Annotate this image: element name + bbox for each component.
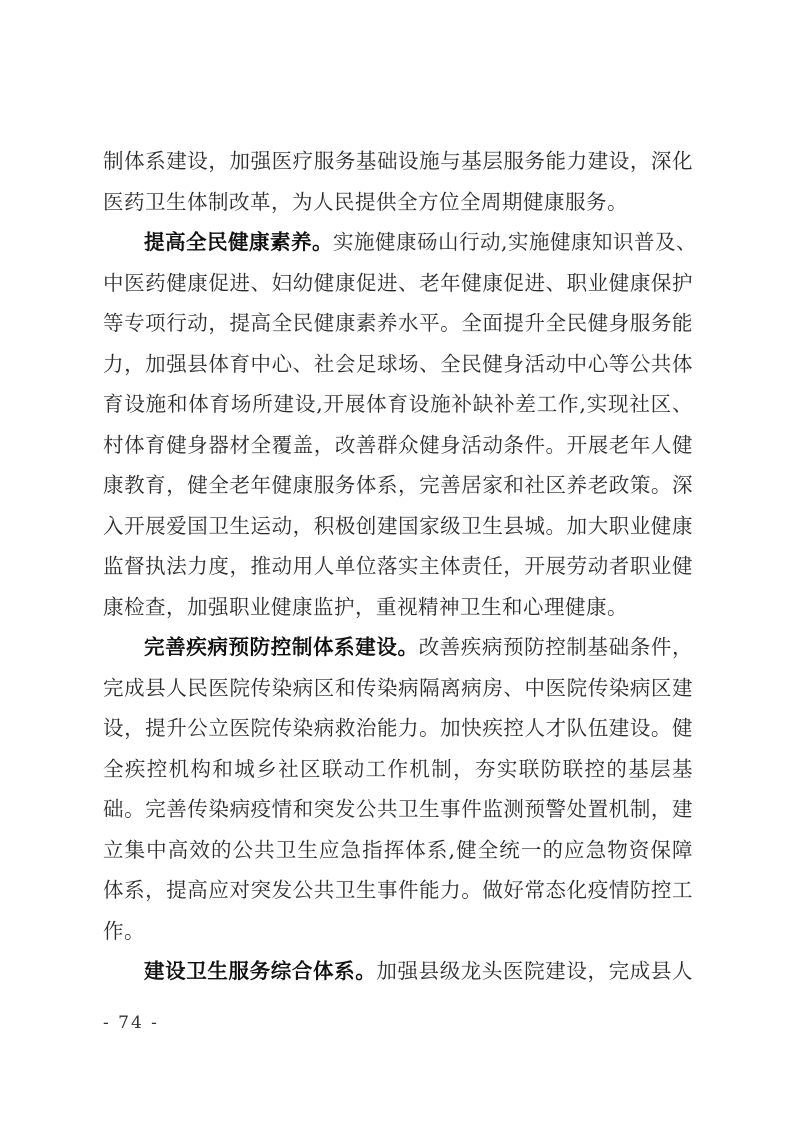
line-text: 康检查，加强职业健康监护，重视精神卫生和心理健康。 [103, 595, 628, 619]
document-page: 制体系建设，加强医疗服务基础设施与基层服务能力建设，深化医药卫生体制改革，为人民… [0, 0, 793, 1122]
line-text: 中医药健康促进、妇幼健康促进、老年健康促进、职业健康保护 [103, 271, 693, 295]
line-text: 作。 [103, 919, 145, 943]
line-text: 村体育健身器材全覆盖，改善群众健身活动条件。开展老年人健 [103, 433, 693, 457]
line-text: 入开展爱国卫生运动，积极创建国家级卫生县城。加大职业健康 [103, 514, 693, 538]
text-line: 育设施和体育场所建设,开展体育设施补缺补差工作,实现社区、 [103, 384, 693, 425]
text-line: 康检查，加强职业健康监护，重视精神卫生和心理健康。 [103, 587, 693, 628]
line-text: 完成县人民医院传染病区和传染病隔离病房、中医院传染病区建 [103, 676, 693, 700]
page-number: - 74 - [103, 1010, 159, 1036]
line-text: 力，加强县体育中心、社会足球场、全民健身活动中心等公共体 [103, 352, 693, 376]
line-text: 等专项行动，提高全民健康素养水平。全面提升全民健身服务能 [103, 311, 693, 335]
text-line: 设，提升公立医院传染病救治能力。加快疾控人才队伍建设。健 [103, 708, 693, 749]
text-line: 中医药健康促进、妇幼健康促进、老年健康促进、职业健康保护 [103, 263, 693, 304]
text-line: 立集中高效的公共卫生应急指挥体系,健全统一的应急物资保障 [103, 830, 693, 871]
text-line: 康教育，健全老年健康服务体系，完善居家和社区养老政策。深 [103, 465, 693, 506]
paragraph-lead: 建设卫生服务综合体系。 [144, 959, 376, 983]
line-text: 监督执法力度，推动用人单位落实主体责任，开展劳动者职业健 [103, 554, 693, 578]
text-line: 建设卫生服务综合体系。加强县级龙头医院建设，完成县人 [103, 951, 693, 992]
line-text: 立集中高效的公共卫生应急指挥体系,健全统一的应急物资保障 [103, 838, 693, 862]
text-line: 体系，提高应对突发公共卫生事件能力。做好常态化疫情防控工 [103, 870, 693, 911]
line-text: 设，提升公立医院传染病救治能力。加快疾控人才队伍建设。健 [103, 716, 693, 740]
text-block: 制体系建设，加强医疗服务基础设施与基层服务能力建设，深化医药卫生体制改革，为人民… [103, 141, 693, 992]
line-text: 体系，提高应对突发公共卫生事件能力。做好常态化疫情防控工 [103, 878, 693, 902]
line-text: 医药卫生体制改革，为人民提供全方位全周期健康服务。 [103, 190, 628, 214]
text-line: 完成县人民医院传染病区和传染病隔离病房、中医院传染病区建 [103, 668, 693, 709]
text-line: 等专项行动，提高全民健康素养水平。全面提升全民健身服务能 [103, 303, 693, 344]
line-text: 础。完善传染病疫情和突发公共卫生事件监测预警处置机制，建 [103, 797, 693, 821]
line-text: 育设施和体育场所建设,开展体育设施补缺补差工作,实现社区、 [103, 392, 693, 416]
paragraph-lead: 提高全民健康素养。 [144, 230, 333, 254]
text-line: 力，加强县体育中心、社会足球场、全民健身活动中心等公共体 [103, 344, 693, 385]
text-line: 作。 [103, 911, 693, 952]
text-line: 制体系建设，加强医疗服务基础设施与基层服务能力建设，深化 [103, 141, 693, 182]
text-line: 完善疾病预防控制体系建设。改善疾病预防控制基础条件， [103, 627, 693, 668]
text-line: 提高全民健康素养。实施健康砀山行动,实施健康知识普及、 [103, 222, 693, 263]
line-text: 制体系建设，加强医疗服务基础设施与基层服务能力建设，深化 [103, 149, 693, 173]
text-line: 全疾控机构和城乡社区联动工作机制，夯实联防联控的基层基 [103, 749, 693, 790]
line-text: 全疾控机构和城乡社区联动工作机制，夯实联防联控的基层基 [103, 757, 693, 781]
line-text: 实施健康砀山行动,实施健康知识普及、 [333, 230, 693, 254]
text-line: 村体育健身器材全覆盖，改善群众健身活动条件。开展老年人健 [103, 425, 693, 466]
text-line: 入开展爱国卫生运动，积极创建国家级卫生县城。加大职业健康 [103, 506, 693, 547]
text-line: 础。完善传染病疫情和突发公共卫生事件监测预警处置机制，建 [103, 789, 693, 830]
line-text: 康教育，健全老年健康服务体系，完善居家和社区养老政策。深 [103, 473, 693, 497]
text-line: 医药卫生体制改革，为人民提供全方位全周期健康服务。 [103, 182, 693, 223]
paragraph-lead: 完善疾病预防控制体系建设。 [144, 635, 419, 659]
text-line: 监督执法力度，推动用人单位落实主体责任，开展劳动者职业健 [103, 546, 693, 587]
line-text: 加强县级龙头医院建设，完成县人 [376, 959, 693, 983]
line-text: 改善疾病预防控制基础条件， [419, 635, 693, 659]
